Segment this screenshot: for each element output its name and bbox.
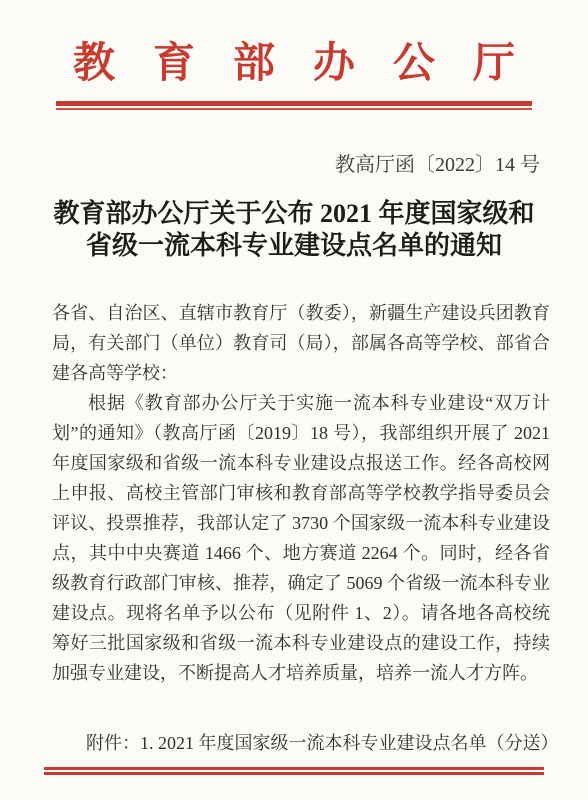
document-page: 教育部办公厅 教高厅函〔2022〕14 号 教育部办公厅关于公布 2021 年度… — [0, 0, 588, 800]
footer-divider — [44, 767, 544, 775]
document-title-line-2: 省级一流本科专业建设点名单的通知 — [86, 231, 502, 260]
addressee-paragraph: 各省、自治区、直辖市教育厅（教委），新疆生产建设兵团教育局，有关部门（单位）教育… — [52, 298, 550, 388]
attachment-line: 附件：1. 2021 年度国家级一流本科专业建设点名单（分送） — [52, 728, 550, 758]
issuing-org-name: 教育部办公厅 — [35, 40, 553, 88]
document-title-line-1: 教育部办公厅关于公布 2021 年度国家级和 — [53, 199, 534, 228]
letterhead: 教育部办公厅 — [0, 0, 588, 88]
letterhead-divider — [56, 101, 532, 110]
main-paragraph: 根据《教育部办公厅关于实施一流本科专业建设“双万计划”的通知》（教高厅函〔201… — [52, 388, 550, 688]
letterhead-divider-thin-line — [56, 108, 532, 110]
document-body: 各省、自治区、直辖市教育厅（教委），新疆生产建设兵团教育局，有关部门（单位）教育… — [52, 298, 550, 688]
document-title: 教育部办公厅关于公布 2021 年度国家级和 省级一流本科专业建设点名单的通知 — [30, 198, 558, 262]
document-reference-number: 教高厅函〔2022〕14 号 — [0, 154, 588, 176]
footer-divider-bottom-line — [44, 772, 544, 775]
